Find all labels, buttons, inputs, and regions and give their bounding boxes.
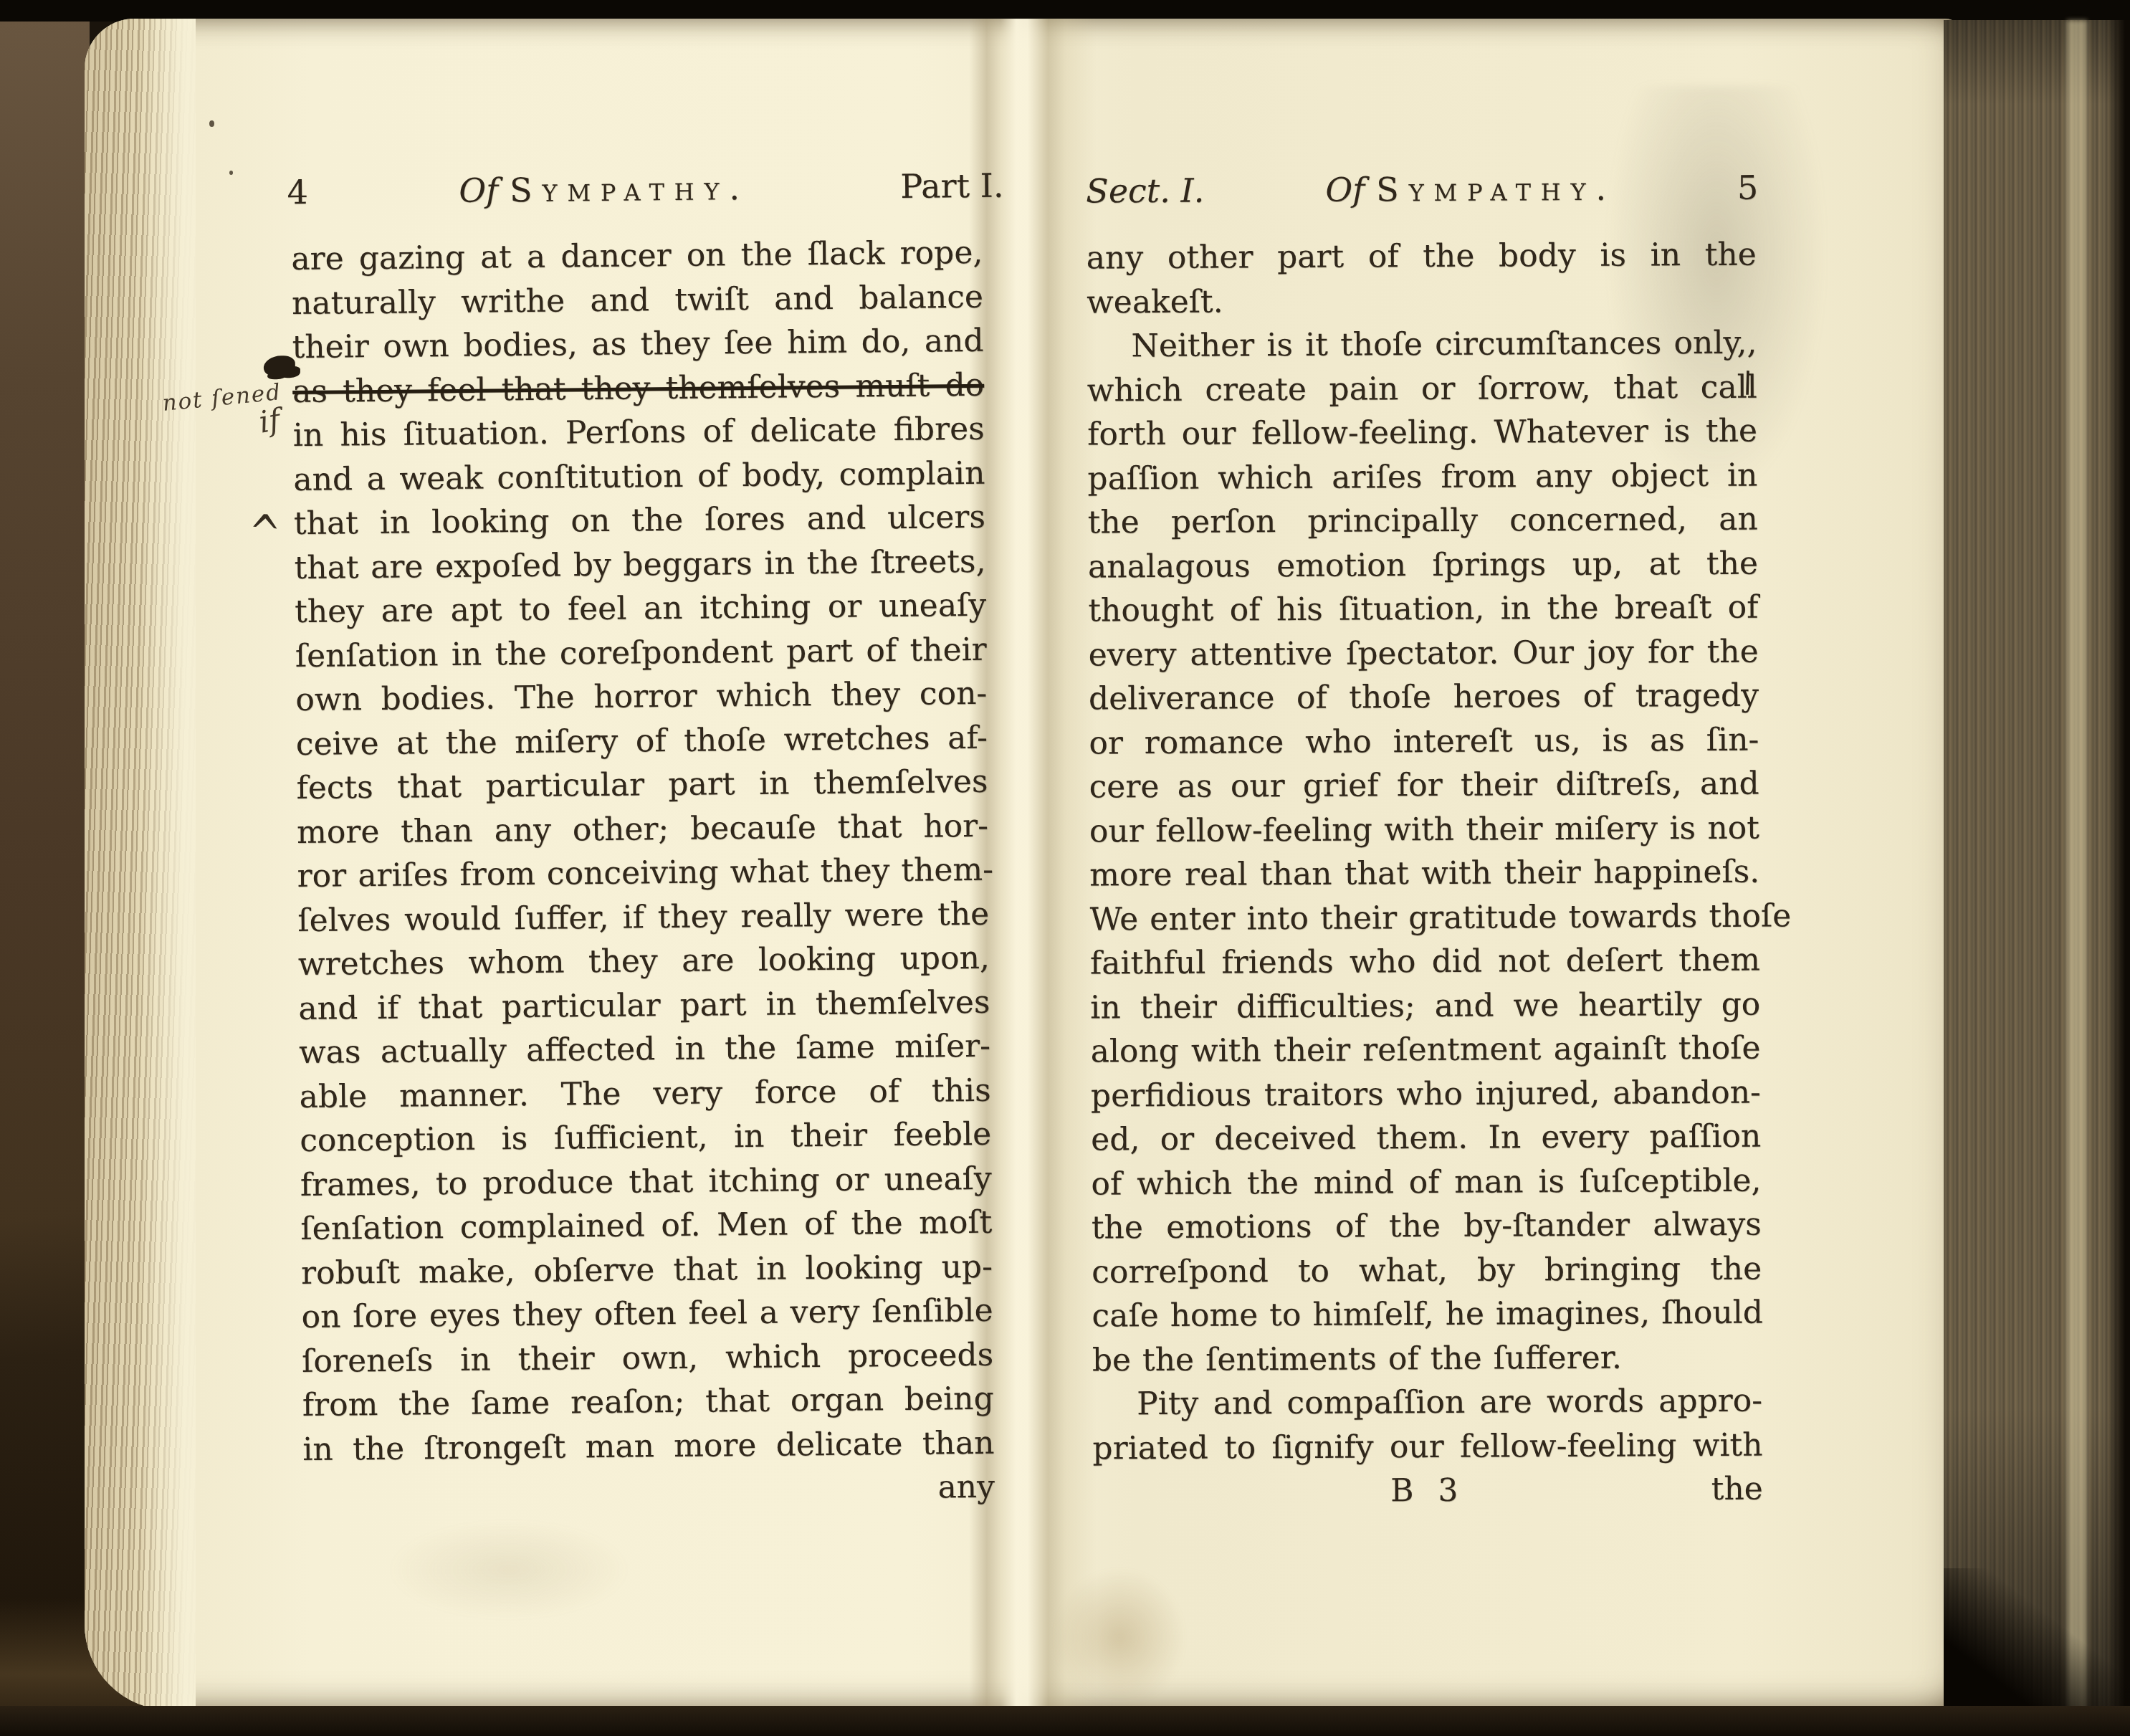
handwritten-stroke-mark: ǀ: [1742, 364, 1753, 403]
text-line: are gazing at a dancer on the ſlack rope…: [291, 231, 983, 282]
text-line: fects that particular part in themſelves: [296, 760, 988, 811]
text-line: the perſon principally concerned, an: [1088, 497, 1758, 545]
photo-bottom-shadow: [0, 1706, 2130, 1736]
running-title-of: Of: [1325, 171, 1365, 209]
ink-blot: [264, 356, 295, 377]
text-line: own bodies. The horror which they con-: [295, 672, 988, 722]
text-line: along with their reſentment againſt thoſ…: [1090, 1026, 1760, 1074]
text-line: thought of his ſituation, in the breaſt …: [1088, 586, 1758, 633]
left-page-text: are gazing at a dancer on the ſlack rope…: [291, 231, 994, 1472]
text-line: and a weak conſtitution of body, complai…: [293, 451, 985, 502]
text-line: from the ſame reaſon; that organ being: [302, 1377, 994, 1428]
text-line: correſpond to what, by bringing the: [1092, 1246, 1762, 1294]
text-line: analagous emotion ſprings up, at the: [1088, 541, 1758, 588]
text-line: perfidious traitors who injured, abandon…: [1091, 1070, 1761, 1117]
fore-edge-page-stack: [1944, 20, 2130, 1712]
section-label: Sect. I.: [1086, 171, 1204, 211]
fore-edge-dark-corner: [1944, 1568, 2130, 1712]
text-line: more than any other; becauſe that hor-: [297, 803, 989, 854]
catchword-left: any: [303, 1465, 995, 1516]
text-line: robuſt make, obſerve that in looking up-: [301, 1244, 993, 1295]
text-line: Pity and compaſſion are words appro-: [1092, 1379, 1762, 1426]
running-title-main: Sympathy.: [510, 168, 750, 209]
text-line: ror ariſes from conceiving what they the…: [297, 848, 989, 899]
text-line: ſelves would ſuffer, if they really were…: [297, 892, 990, 943]
running-title-of: Of: [459, 171, 498, 210]
text-line: of which the mind of man is ſuſceptible,: [1091, 1158, 1761, 1206]
right-page-text: any other part of the body is in theweak…: [1087, 233, 1763, 1471]
page-number-right: 5: [1737, 168, 1759, 207]
text-line: ed, or deceived them. In every paſſion: [1091, 1115, 1761, 1162]
text-line: as they feel that they themſelves muſt d…: [292, 363, 985, 414]
text-line: ſenſation complained of. Men of the moſt: [300, 1201, 993, 1251]
book-cover-left-edge: [0, 0, 90, 1736]
running-title: OfSympathy.: [1204, 168, 1737, 210]
fore-edge-dark-right: [2106, 20, 2130, 1712]
text-line: on ſore eyes they often feel a very ſenſ…: [301, 1289, 993, 1340]
text-line: they are apt to feel an itching or uneaſ…: [295, 583, 987, 634]
text-line: and if that particular part in themſelve…: [298, 980, 990, 1031]
text-line: our fellow-feeling with their miſery is …: [1089, 806, 1759, 853]
part-label: Part I.: [900, 166, 1004, 206]
text-line: the emotions of the by-ſtander always: [1092, 1203, 1762, 1250]
text-line: paſſion which ariſes from any object in: [1087, 453, 1757, 500]
left-page-header: 4 OfSympathy. Part I.: [287, 166, 1003, 212]
handwritten-caret-mark: ^: [247, 502, 282, 563]
running-title-main: Sympathy.: [1376, 169, 1616, 209]
text-line: was actually affected in the ſame miſer-: [299, 1024, 991, 1075]
text-line: Neither is it thoſe circumſtances only,,: [1087, 321, 1757, 368]
text-line: which create pain or ſorrow, that call: [1087, 365, 1757, 412]
signature-mark: B 3: [1390, 1469, 1466, 1514]
catchword-right: the: [1711, 1467, 1763, 1512]
fore-edge-highlight: [2067, 20, 2087, 1712]
handwritten-insertion-word: if: [257, 401, 283, 439]
right-page: Sect. I. OfSympathy. 5 any other part of…: [1075, 148, 1799, 1585]
left-page: 4 OfSympathy. Part I. are gazing at a da…: [154, 146, 1056, 1588]
page-number-left: 4: [287, 173, 308, 211]
text-line: cere as our grief for their diſtreſs, an…: [1089, 762, 1759, 809]
text-line: in their difficulties; and we heartily g…: [1090, 982, 1760, 1029]
text-line: ceive at the miſery of thoſe wretches af…: [296, 715, 988, 766]
paper-stain: [1055, 1570, 1184, 1706]
book-photo: { "book": { "left_page": { "page_number"…: [0, 0, 2130, 1736]
text-line: naturally writhe and twiſt and balance: [292, 275, 984, 325]
text-line: We enter into their gratitude towards th…: [1089, 894, 1759, 941]
text-line: weakeſt.: [1087, 277, 1757, 324]
right-page-header: Sect. I. OfSympathy. 5: [1086, 168, 1758, 211]
text-line: in the ſtrongeſt man more delicate than: [302, 1421, 995, 1472]
text-line: frames, to produce that itching or uneaſ…: [300, 1156, 993, 1207]
text-line: faithful friends who did not deſert them: [1090, 938, 1760, 986]
text-line: or romance who intereſt us, is as ſin-: [1089, 717, 1759, 765]
text-line: ſenſation in the coreſpondent part of th…: [295, 627, 987, 678]
ink-speck: [209, 120, 214, 127]
text-line: that in looking on the ſores and ulcers: [294, 495, 986, 546]
running-title: OfSympathy.: [308, 167, 901, 211]
text-line: caſe home to himſelf, he imagines, ſhoul…: [1092, 1291, 1762, 1338]
text-line: their own bodies, as they ſee him do, an…: [292, 319, 984, 370]
text-line: every attentive ſpectator. Our joy for t…: [1089, 629, 1759, 677]
text-line: conception is ſufficient, in their feebl…: [300, 1112, 992, 1163]
text-line: any other part of the body is in the: [1087, 233, 1757, 280]
text-line: deliverance of thoſe heroes of tragedy: [1089, 674, 1759, 721]
text-line: be the ſentiments of the ſufferer.: [1092, 1335, 1762, 1382]
right-page-footer: B 3 the: [1093, 1467, 1763, 1515]
text-line: able manner. The very force of this: [299, 1068, 991, 1119]
text-line: that are expoſed by beggars in the ſtree…: [294, 539, 986, 590]
text-line: priated to ſignify our fellow-feeling wi…: [1092, 1423, 1762, 1470]
text-line: forth our fellow-feeling. Whatever is th…: [1087, 409, 1757, 457]
text-line: ſoreneſs in their own, which proceeds: [302, 1332, 994, 1383]
text-line: wretches whom they are looking upon,: [298, 936, 990, 987]
text-line: more real than that with their happineſs…: [1089, 850, 1759, 897]
text-line: in his ſituation. Perſons of delicate fi…: [293, 407, 985, 458]
